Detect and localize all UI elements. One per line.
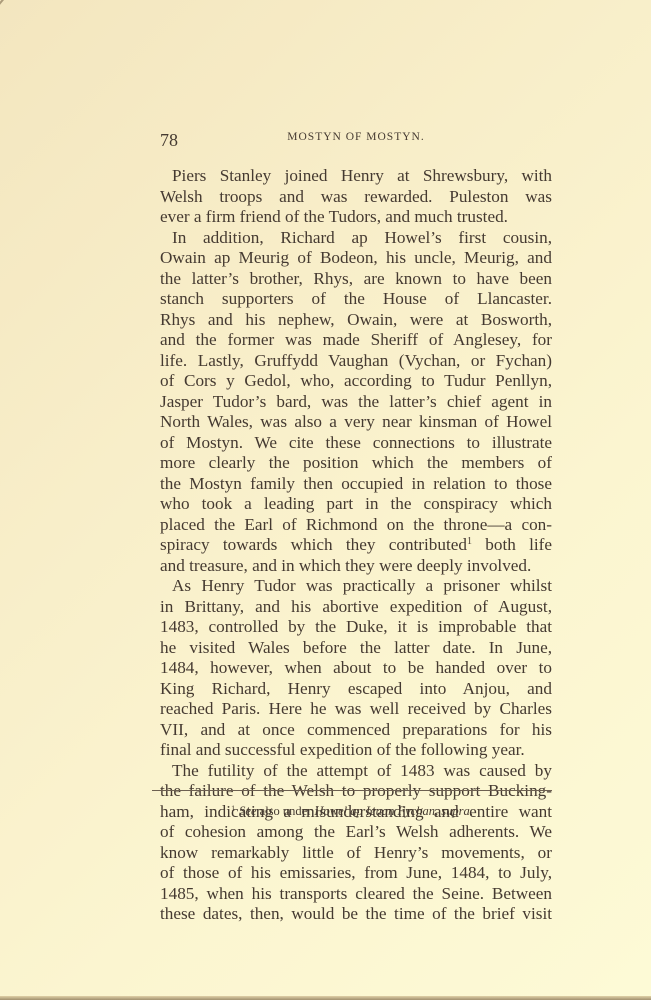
text-line: of cohesion among the Earl’s Welsh adher… — [160, 822, 552, 843]
page-header: 78 MOSTYN OF MOSTYN. — [160, 128, 552, 152]
text-line: placed the Earl of Richmond on the thron… — [160, 515, 552, 536]
text-line: spiracy towards which they contributed1 … — [160, 535, 552, 556]
text-line: final and successful expedition of the f… — [160, 740, 552, 761]
text-line: Owain ap Meurig of Bodeon, his uncle, Me… — [160, 248, 552, 269]
text-line: The futility of the attempt of 1483 was … — [160, 761, 552, 782]
text-line: As Henry Tudor was practically a prisone… — [160, 576, 552, 597]
footnote: 1See also under Howel ap Ieuan Fychan, s… — [152, 800, 552, 820]
page-bottom-edge — [0, 996, 651, 1000]
text-line: of those of his emissaries, from June, 1… — [160, 863, 552, 884]
footnote-divider — [152, 790, 552, 791]
text-line: life. Lastly, Gruffydd Vaughan (Vychan, … — [160, 351, 552, 372]
text-line: Jasper Tudor’s bard, was the latter’s ch… — [160, 392, 552, 413]
text-line: the failure of the Welsh to properly sup… — [160, 781, 552, 802]
text-line: and the former was made Sheriff of Angle… — [160, 330, 552, 351]
text-line: in Brittany, and his abortive expedition… — [160, 597, 552, 618]
text-line: the Mostyn family then occupied in relat… — [160, 474, 552, 495]
text-line: In addition, Richard ap Howel’s first co… — [160, 228, 552, 249]
text-line: of Mostyn. We cite these connections to … — [160, 433, 552, 454]
text-line: stanch supporters of the House of Llanca… — [160, 289, 552, 310]
page-corner-fold — [0, 0, 16, 15]
text-line: 1485, when his transports cleared the Se… — [160, 884, 552, 905]
text-line: these dates, then, would be the time of … — [160, 904, 552, 925]
text-line: who took a leading part in the conspirac… — [160, 494, 552, 515]
footnote-reference: Howel ap Ieuan Fychan — [315, 804, 435, 818]
footnote-supra: supra — [441, 804, 469, 818]
footnote-end: . — [470, 804, 473, 818]
text-line: ever a firm friend of the Tudors, and mu… — [160, 207, 552, 228]
footnote-mid: also under — [257, 804, 315, 818]
text-line: 1484, however, when about to be handed o… — [160, 658, 552, 679]
text-line: reached Paris. Here he was well received… — [160, 699, 552, 720]
text-line: King Richard, Henry escaped into Anjou, … — [160, 679, 552, 700]
text-line: the latter’s brother, Rhys, are known to… — [160, 269, 552, 290]
text-line: North Wales, was also a very near kinsma… — [160, 412, 552, 433]
text-line: know remarkably little of Henry’s moveme… — [160, 843, 552, 864]
running-head: MOSTYN OF MOSTYN. — [160, 131, 552, 143]
footnote-see: See — [239, 804, 256, 818]
text-line: 1483, controlled by the Duke, it is impr… — [160, 617, 552, 638]
text-line: Rhys and his nephew, Owain, were at Bosw… — [160, 310, 552, 331]
text-line: more clearly the position which the memb… — [160, 453, 552, 474]
text-line: Piers Stanley joined Henry at Shrewsbury… — [160, 166, 552, 187]
text-line: of Cors y Gedol, who, according to Tudur… — [160, 371, 552, 392]
text-line: Welsh troops and was rewarded. Puleston … — [160, 187, 552, 208]
text-line: he visited Wales before the latter date.… — [160, 638, 552, 659]
footnote-mark: 1 — [231, 804, 235, 813]
text-line: and treasure, and in which they were dee… — [160, 556, 552, 577]
text-line: VII, and at once commenced preparations … — [160, 720, 552, 741]
